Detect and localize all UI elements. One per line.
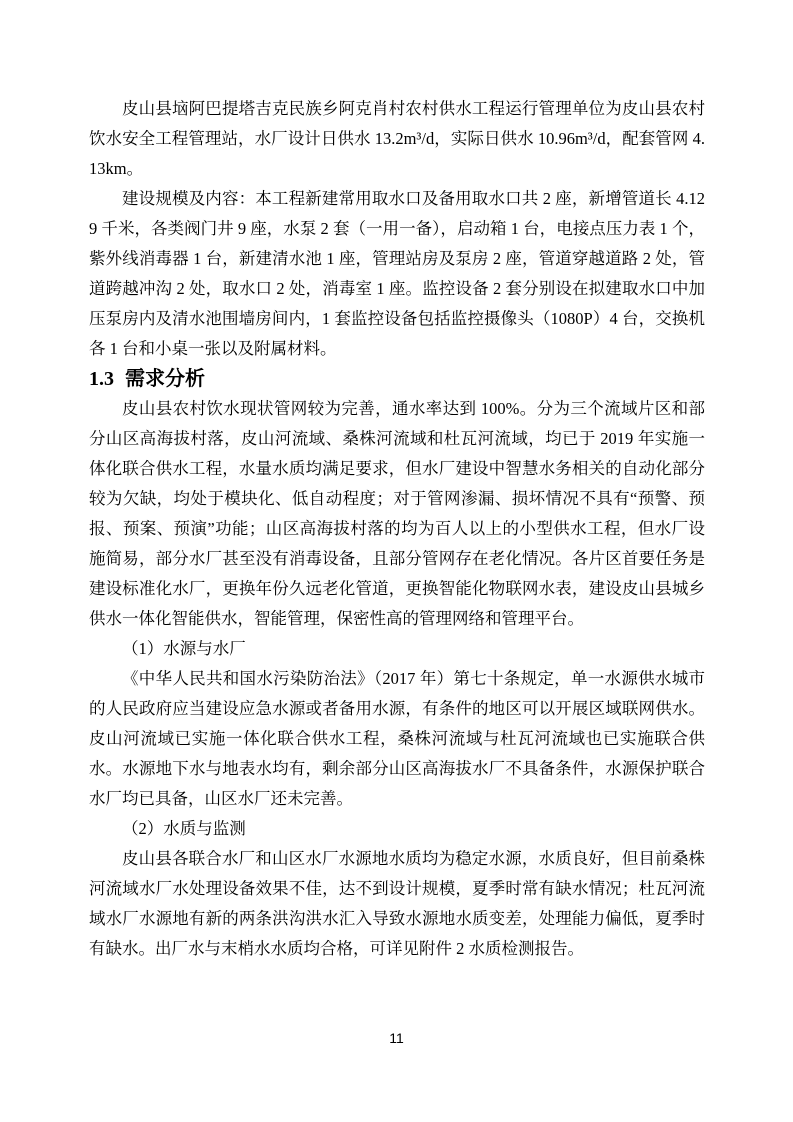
demand-analysis-paragraph: 皮山县农村饮水现状管网较为完善，通水率达到 100%。分为三个流域片区和部分山区… — [89, 394, 705, 634]
section-number: 1.3 — [89, 368, 114, 390]
subsection-1-water-source-label: （1）水源与水厂 — [89, 634, 705, 664]
subsection-2-water-quality-label: （2）水质与监测 — [89, 814, 705, 844]
water-source-paragraph: 《中华人民共和国水污染防治法》（2017 年）第七十条规定，单一水源供水城市的人… — [89, 664, 705, 814]
section-title: 需求分析 — [125, 368, 205, 390]
construction-scale-paragraph: 建设规模及内容：本工程新建常用取水口及备用取水口共 2 座，新增管道长 4.12… — [89, 184, 705, 364]
document-page: 皮山县垴阿巴提塔吉克民族乡阿克肖村农村供水工程运行管理单位为皮山县农村饮水安全工… — [0, 0, 793, 1122]
section-heading-1-3: 1.3 需求分析 — [89, 364, 705, 394]
page-number: 11 — [0, 1030, 793, 1046]
document-body: 皮山县垴阿巴提塔吉克民族乡阿克肖村农村供水工程运行管理单位为皮山县农村饮水安全工… — [89, 94, 705, 964]
intro-paragraph: 皮山县垴阿巴提塔吉克民族乡阿克肖村农村供水工程运行管理单位为皮山县农村饮水安全工… — [89, 94, 705, 184]
water-quality-paragraph: 皮山县各联合水厂和山区水厂水源地水质均为稳定水源，水质良好，但目前桑株河流域水厂… — [89, 844, 705, 964]
